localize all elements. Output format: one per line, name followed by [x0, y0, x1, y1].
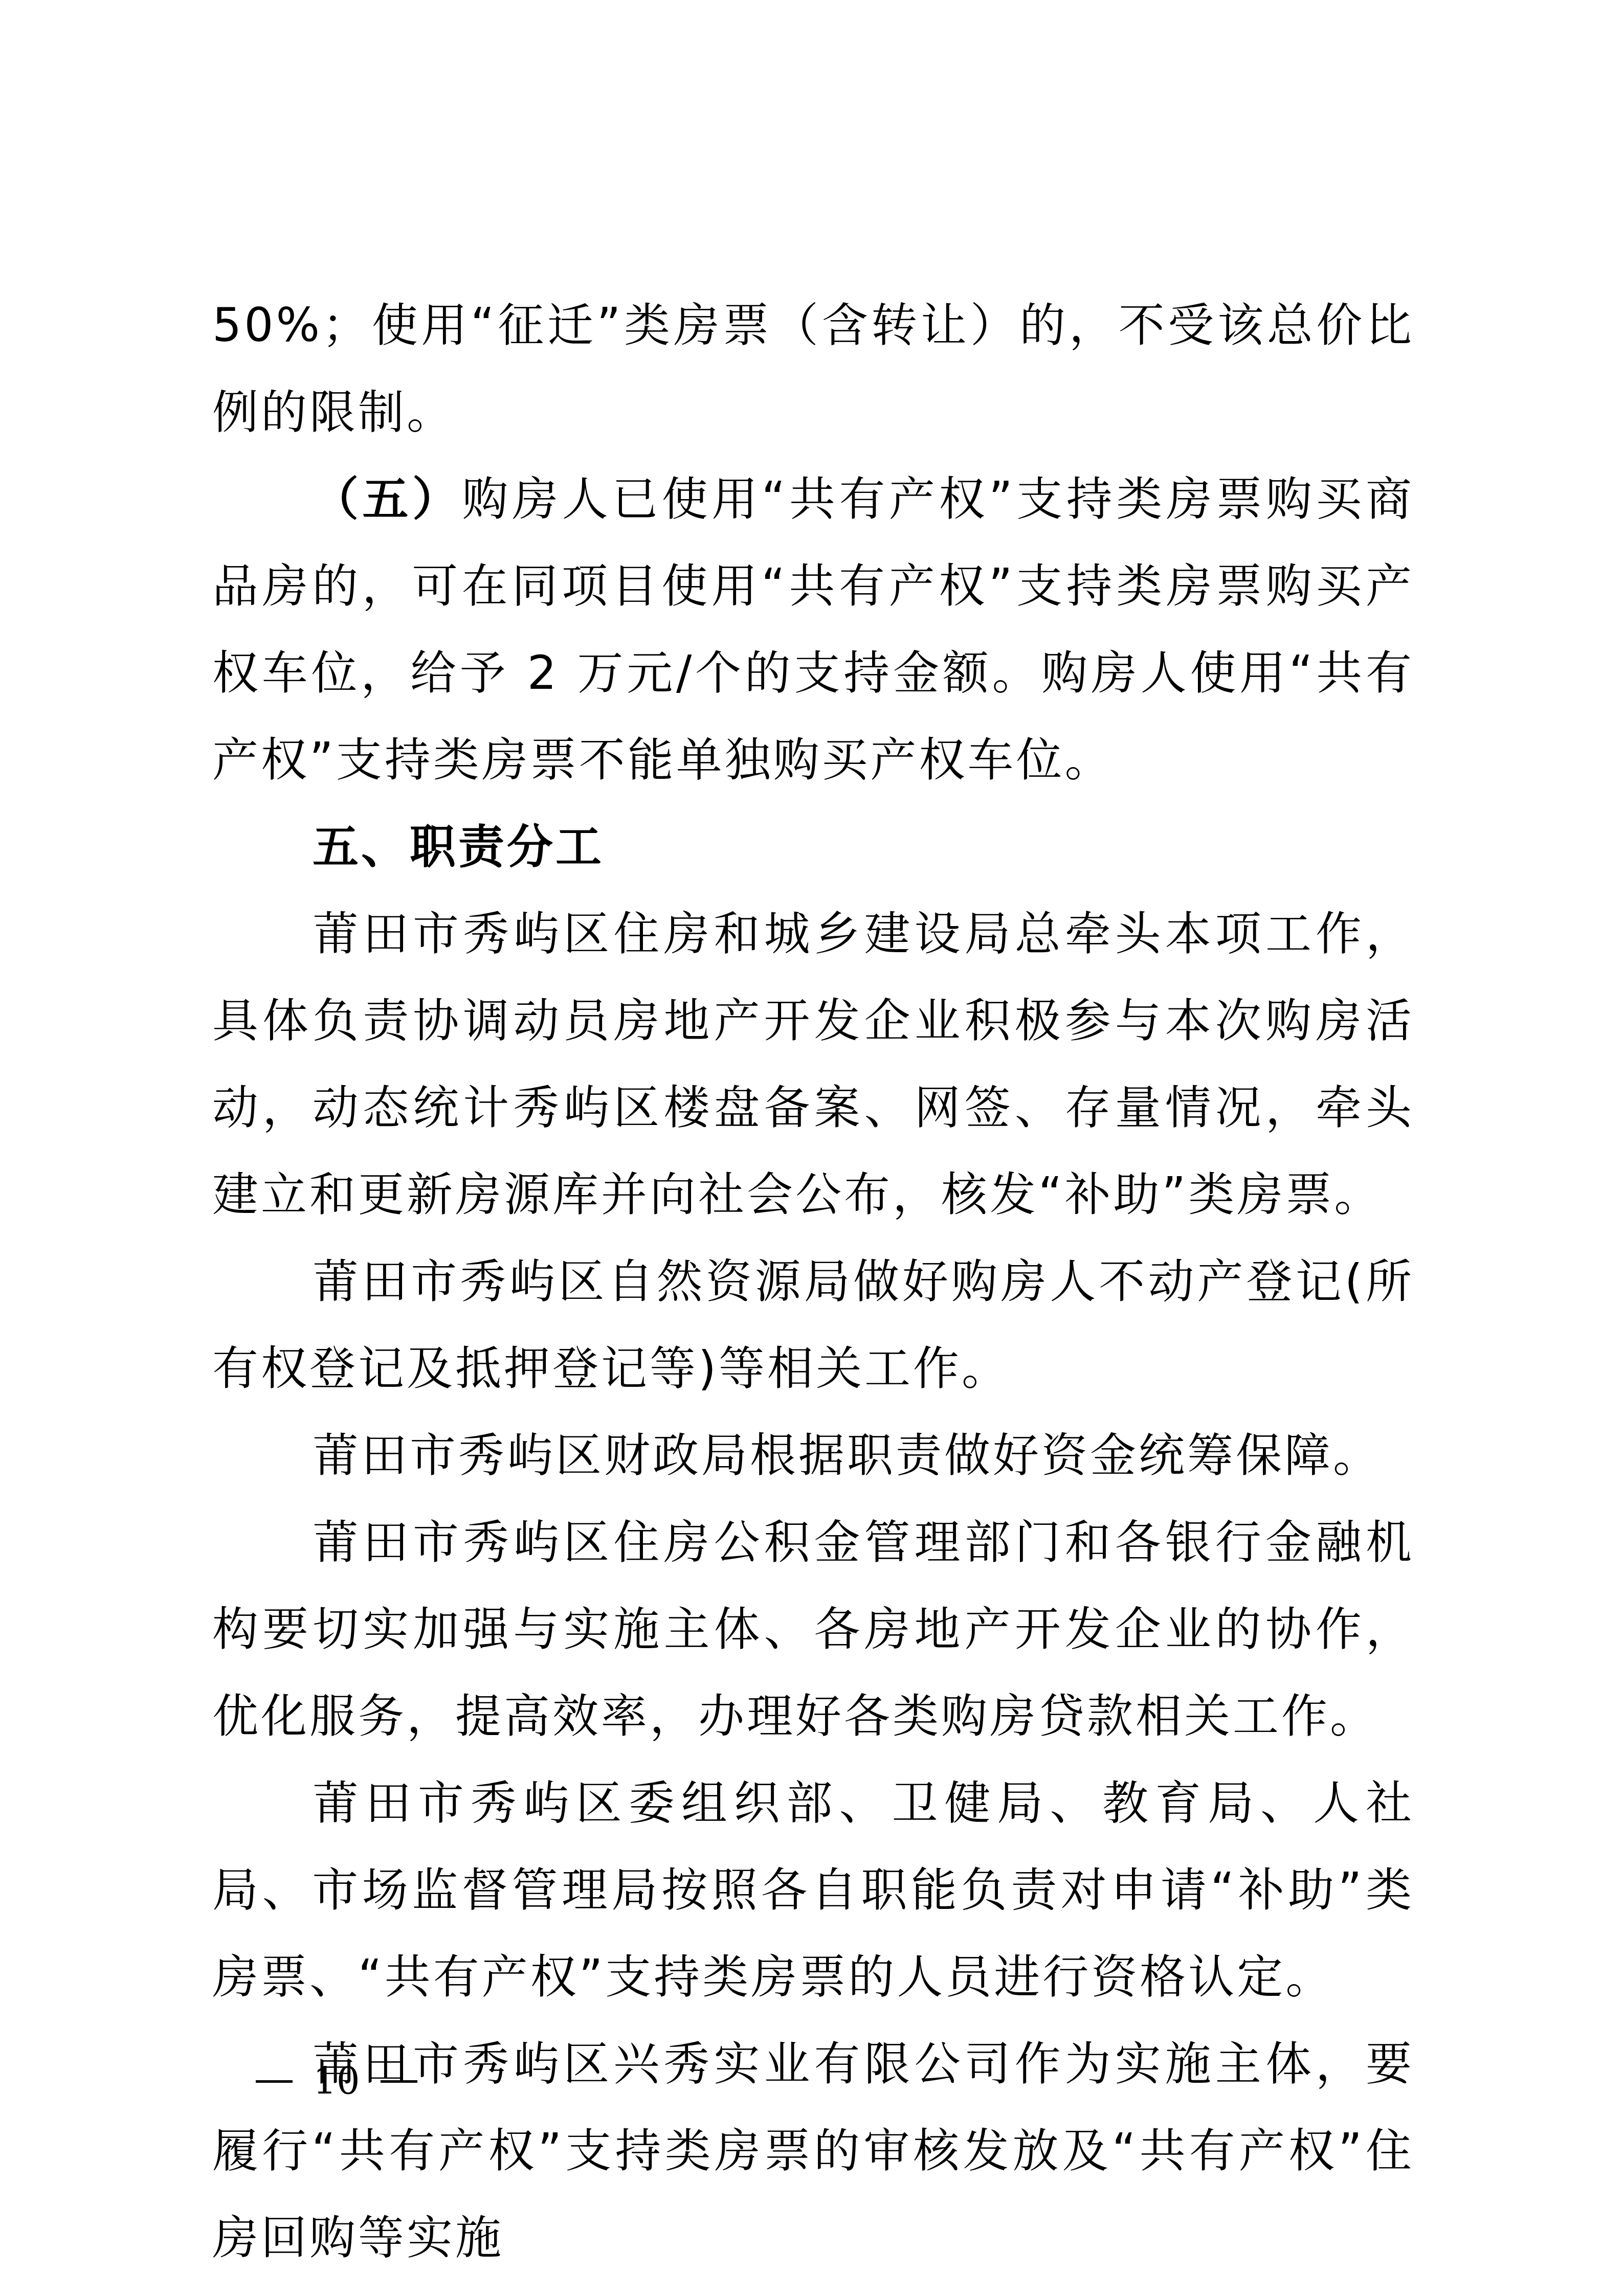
section-heading: 五、职责分工 — [212, 804, 1414, 891]
paragraph-housing-bureau: 莆田市秀屿区住房和城乡建设局总牵头本项工作，具体负责协调动员房地产开发企业积极参… — [212, 891, 1414, 1239]
item-label: （五） — [313, 472, 462, 526]
paragraph-implementing-entity: 莆田市秀屿区兴秀实业有限公司作为实施主体，要履行“共有产权”支持类房票的审核发放… — [212, 2021, 1414, 2282]
dash-right-icon — [381, 2080, 417, 2083]
page-number: 10 — [313, 2061, 360, 2102]
document-body: 50%；使用“征迁”类房票（含转让）的，不受该总价比例的限制。 （五）购房人已使… — [212, 282, 1414, 2282]
paragraph-qualification: 莆田市秀屿区委组织部、卫健局、教育局、人社局、市场监督管理局按照各自职能负责对申… — [212, 1760, 1414, 2021]
paragraph-continuation: 50%；使用“征迁”类房票（含转让）的，不受该总价比例的限制。 — [212, 282, 1414, 456]
paragraph-finance-bureau: 莆田市秀屿区财政局根据职责做好资金统筹保障。 — [212, 1412, 1414, 1499]
paragraph-natural-resources: 莆田市秀屿区自然资源局做好购房人不动产登记(所有权登记及抵押登记等)等相关工作。 — [212, 1239, 1414, 1412]
paragraph-provident-fund: 莆田市秀屿区住房公积金管理部门和各银行金融机构要切实加强与实施主体、各房地产开发… — [212, 1499, 1414, 1760]
dash-left-icon — [256, 2080, 293, 2083]
page-footer: 10 — [256, 2061, 417, 2102]
paragraph-item-five: （五）购房人已使用“共有产权”支持类房票购买商品房的，可在同项目使用“共有产权”… — [212, 456, 1414, 804]
